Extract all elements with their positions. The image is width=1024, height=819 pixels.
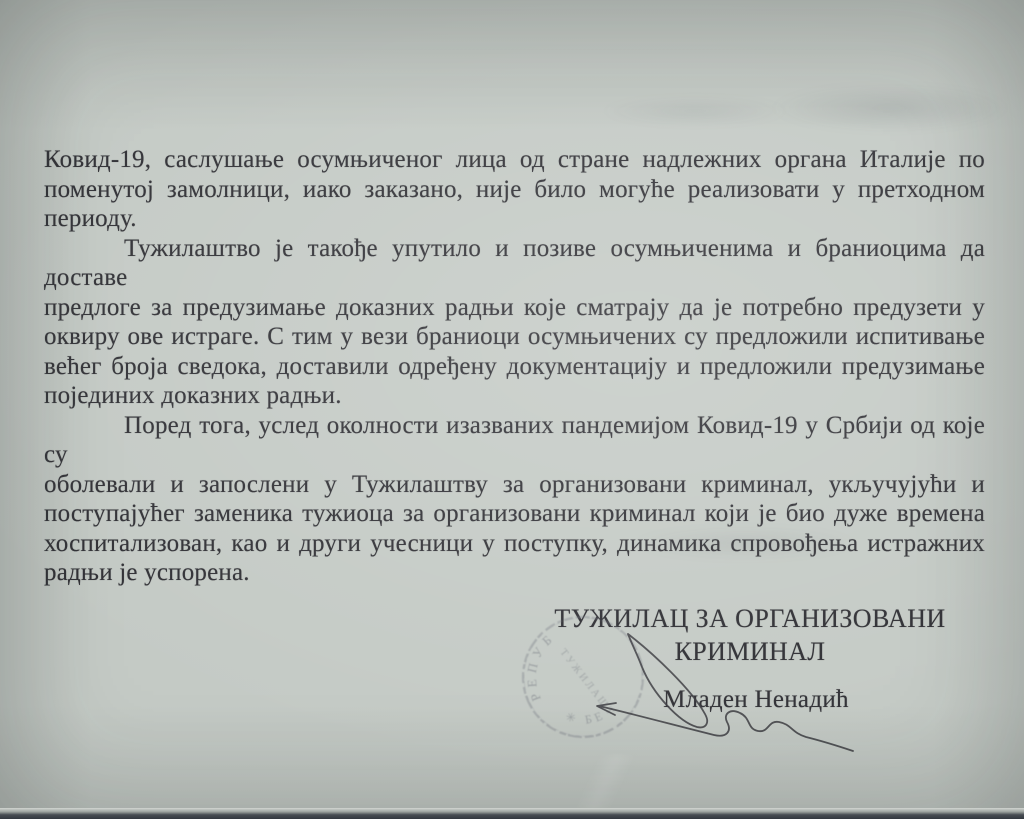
prosecutor-title-line: КРИМИНАЛ [550, 635, 950, 668]
body-line: поступајућег заменика тужиоца за организ… [44, 499, 985, 529]
prosecutor-title: ТУЖИЛАЦ ЗА ОРГАНИЗОВАНИ КРИМИНАЛ [550, 602, 950, 668]
paper-bottom-edge [0, 808, 1024, 819]
paper-crease [520, 755, 690, 810]
signer-name: Младен Ненадић [556, 686, 956, 714]
body-line: периоду. [44, 204, 985, 234]
body-line: Ковид-19, саслушање осумњиченог лица од … [44, 145, 985, 175]
body-line: предлоге за предузимање доказних радњи к… [44, 293, 985, 323]
body-line: хоспитализован, као и други учесници у п… [44, 529, 985, 559]
bleed-through-mark [770, 84, 1010, 132]
body-line: појединих доказних радњи. [44, 381, 985, 411]
body-line: Поред тога, услед околности изазваних па… [44, 411, 985, 470]
prosecutor-title-line: ТУЖИЛАЦ ЗА ОРГАНИЗОВАНИ [550, 602, 950, 635]
document-photo: Ковид-19, саслушање осумњиченог лица од … [0, 0, 1024, 819]
body-line: поменутој замолници, иако заказано, није… [44, 175, 985, 205]
body-line: Тужилаштво је такође упутило и позиве ос… [44, 234, 985, 293]
body-line: радњи је успорена. [44, 558, 985, 588]
document-body: Ковид-19, саслушање осумњиченог лица од … [44, 145, 985, 588]
body-line: оквиру ове истраге. С тим у вези браниоц… [44, 322, 985, 352]
body-line: оболевали и запослени у Тужилаштву за ор… [44, 470, 985, 500]
bleed-through-mark [600, 96, 790, 126]
body-line: већег броја сведока, доставили одређену … [44, 352, 985, 382]
